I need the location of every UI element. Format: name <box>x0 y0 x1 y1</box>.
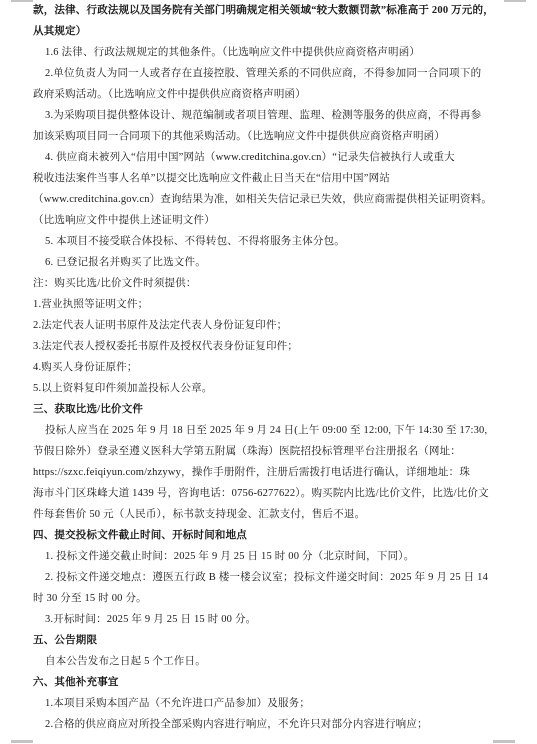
document-page: 款，法律、行政法规以及国务院有关部门明确规定相关领域“较大数额罚款”标准高于 2… <box>0 0 537 744</box>
text-line-clause-4: 4. 供应商未被列入“信用中国”网站（www.creditchina.gov.c… <box>33 147 506 168</box>
page-corner-mark-bottom-right <box>493 740 515 743</box>
text-line-deadline-item-2: 2. 投标文件递交地点：遵医五行政 B 楼一楼会议室；投标文件递交时间：2025… <box>33 567 506 588</box>
section-heading-get-documents: 三、获取比选/比价文件 <box>33 399 506 420</box>
text-line-penalty-note: 款，法律、行政法规以及国务院有关部门明确规定相关领域“较大数额罚款”标准高于 2… <box>33 0 506 21</box>
text-line-note-item-3: 3.法定代表人授权委托书原件及授权代表身份证复印件； <box>33 336 506 357</box>
section-heading-notice-period: 五、公告期限 <box>33 630 506 651</box>
text-line-clause-5: 5. 本项目不接受联合体投标、不得转包、不得将服务主体分包。 <box>33 231 506 252</box>
text-line-registration-cont3: 件每套售价 50 元（人民币），标书款支持现金、汇款支付，售后不退。 <box>33 504 506 525</box>
text-line-other-item-2: 2.合格的供应商应对所投全部采购内容进行响应，不允许只对部分内容进行响应； <box>33 714 506 735</box>
text-line-note-item-1: 1.营业执照等证明文件； <box>33 294 506 315</box>
section-heading-deadline: 四、提交投标文件截止时间、开标时间和地点 <box>33 525 506 546</box>
text-line-clause-2-cont: 政府采购活动。（比选响应文件中提供供应商资格声明函） <box>33 84 506 105</box>
section-heading-other-matters: 六、其他补充事宜 <box>33 672 506 693</box>
text-line-registration-cont1: 节假日除外）登录至遵义医科大学第五附属（珠海）医院招投标管理平台注册报名（网址： <box>33 441 506 462</box>
text-line-note-header: 注：购买比选/比价文件时须提供： <box>33 273 506 294</box>
text-line-clause-3: 3.为采购项目提供整体设计、规范编制或者项目管理、监理、检测等服务的供应商，不得… <box>33 105 506 126</box>
text-line-penalty-note-cont: 从其规定） <box>33 21 506 42</box>
text-line-deadline-item-2-cont: 时 30 分至 15 时 00 分。 <box>33 588 506 609</box>
page-corner-mark-bottom-left <box>11 740 33 743</box>
text-line-note-item-4: 4.购买人身份证原件； <box>33 357 506 378</box>
text-line-note-item-2: 2.法定代表人证明书原件及法定代表人身份证复印件； <box>33 315 506 336</box>
text-line-clause-3-cont: 加该采购项目同一合同项下的其他采购活动。（比选响应文件中提供供应商资格声明函） <box>33 126 506 147</box>
page-corner-mark-top-right <box>504 0 526 2</box>
text-line-clause-6: 6. 已登记报名并购买了比选文件。 <box>33 252 506 273</box>
text-line-deadline-item-1: 1. 投标文件递交截止时间：2025 年 9 月 25 日 15 时 00 分（… <box>33 546 506 567</box>
text-line-clause-4-cont1: 税收违法案件当事人名单”以提交比选响应文件截止日当天在“信用中国”网站 <box>33 168 506 189</box>
text-line-registration-cont2: 海市斗门区珠峰大道 1439 号，咨询电话：0756-6277622）。购买院内… <box>33 483 506 504</box>
text-line-other-item-1: 1.本项目采购本国产品（不允许进口产品参加）及服务； <box>33 693 506 714</box>
text-line-registration-period: 投标人应当在 2025 年 9 月 18 日至 2025 年 9 月 24 日(… <box>33 420 506 441</box>
page-corner-mark-top-left <box>11 0 33 2</box>
text-line-note-item-5: 5.以上资料复印件须加盖投标人公章。 <box>33 378 506 399</box>
text-line-clause-1-6: 1.6 法律、行政法规规定的其他条件。（比选响应文件中提供供应商资格声明函） <box>33 42 506 63</box>
text-line-clause-4-cont2: （www.creditchina.gov.cn）查询结果为准，如相关失信记录已失… <box>33 189 506 210</box>
document-text-block: 款，法律、行政法规以及国务院有关部门明确规定相关领域“较大数额罚款”标准高于 2… <box>33 0 506 735</box>
text-line-registration-url: https://szxc.feiqiyun.com/zhzywy，操作手册附件，… <box>33 462 506 483</box>
text-line-notice-period-body: 自本公告发布之日起 5 个工作日。 <box>33 651 506 672</box>
text-line-deadline-item-3: 3.开标时间：2025 年 9 月 25 日 15 时 00 分。 <box>33 609 506 630</box>
text-line-clause-2: 2.单位负责人为同一人或者存在直接控股、管理关系的不同供应商，不得参加同一合同项… <box>33 63 506 84</box>
text-line-clause-4-cont3: （比选响应文件中提供上述证明文件） <box>33 210 506 231</box>
